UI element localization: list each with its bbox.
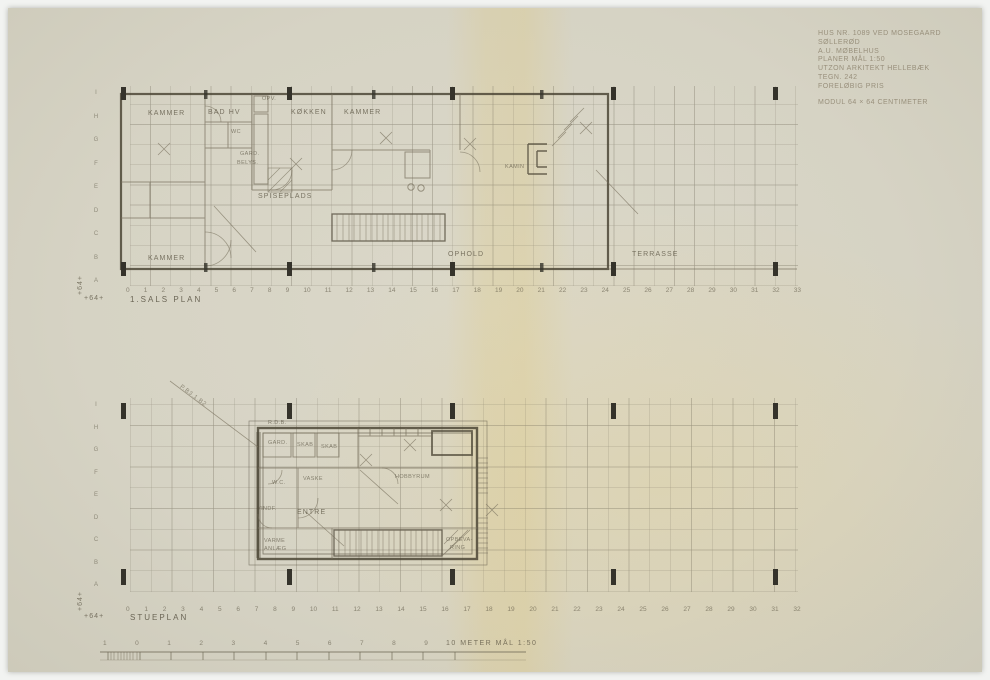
room-label-gard-lower: GARD. (268, 440, 287, 446)
row-letter: H (94, 114, 98, 120)
col-number: 22 (559, 287, 566, 294)
col-number: 8 (268, 287, 272, 294)
lower-datum: +64+ (84, 613, 104, 620)
room-label-terrasse: TERRASSE (632, 251, 679, 258)
col-number: 8 (273, 606, 277, 613)
title-block: HUS NR. 1089 VED MOSEGAARDSØLLERØDA.U. M… (818, 30, 983, 92)
col-number: 19 (495, 287, 502, 294)
upper-col-numbers: 0123456789101112131415161718192021222324… (126, 287, 801, 294)
upper-plan-title: 1.SALS PLAN (130, 295, 202, 304)
scale-number: 9 (424, 640, 428, 647)
row-letter: B (94, 255, 98, 261)
upper-plan-partitions (121, 94, 797, 269)
upper-datum: +64+ (84, 295, 104, 302)
col-number: 17 (463, 606, 470, 613)
row-letter: D (94, 208, 98, 214)
lower-plan-stair-treads (339, 530, 470, 556)
scanned-drawing-sheet: HUS NR. 1089 VED MOSEGAARDSØLLERØDA.U. M… (0, 0, 990, 680)
col-number: 0 (126, 287, 130, 294)
scale-number: 8 (392, 640, 396, 647)
col-number: 5 (215, 287, 219, 294)
col-number: 15 (410, 287, 417, 294)
scale-number: 5 (296, 640, 300, 647)
title-block-line: TEGN. 242 (818, 74, 983, 83)
col-number: 28 (687, 287, 694, 294)
col-number: 1 (144, 606, 148, 613)
col-number: 1 (144, 287, 148, 294)
upper-plan-door-swings (205, 106, 480, 266)
room-label-kamin: KAMIN (505, 164, 524, 170)
room-label-kokken: KØKKEN (291, 109, 327, 116)
lower-plan-symbols (170, 381, 498, 553)
room-label-ophold: OPHOLD (448, 251, 484, 258)
room-label-skab-1: SKAB (297, 442, 313, 448)
room-label-opv: OPV. (262, 96, 276, 102)
title-block-line: HUS NR. 1089 VED MOSEGAARD (818, 30, 983, 39)
col-number: 11 (332, 606, 339, 613)
row-letter: H (94, 425, 98, 431)
row-letter: F (94, 470, 98, 476)
col-number: 21 (551, 606, 558, 613)
col-number: 26 (661, 606, 668, 613)
room-label-opbev-1: OPBEVA- (446, 537, 473, 543)
col-number: 2 (161, 287, 165, 294)
title-block-line: SØLLERØD (818, 39, 983, 48)
col-number: 14 (388, 287, 395, 294)
room-label-hobby: HOBBYRUM (395, 474, 430, 480)
row-letter: C (94, 537, 98, 543)
scale-ruler-linework (100, 652, 526, 660)
col-number: 30 (749, 606, 756, 613)
row-letter: A (94, 582, 98, 588)
room-label-wc-lower: W.C. (272, 480, 286, 486)
col-number: 13 (375, 606, 382, 613)
col-number: 25 (623, 287, 630, 294)
row-letter: G (94, 137, 99, 143)
room-label-gard: GARD. (240, 151, 259, 157)
lower-col-numbers: 0123456789101112131415161718192021222324… (126, 606, 801, 613)
col-number: 10 (310, 606, 317, 613)
col-number: 31 (751, 287, 758, 294)
room-label-entre: ENTRE (297, 509, 326, 516)
row-letter: I (95, 90, 97, 96)
scale-number: 7 (360, 640, 364, 647)
module-note: MODUL 64 × 64 CENTIMETER (818, 99, 928, 106)
col-number: 32 (793, 606, 800, 613)
scale-number: 1 (167, 640, 171, 647)
col-number: 7 (250, 287, 254, 294)
col-number: 30 (730, 287, 737, 294)
col-number: 14 (397, 606, 404, 613)
col-number: 4 (197, 287, 201, 294)
col-number: 26 (644, 287, 651, 294)
col-number: 4 (200, 606, 204, 613)
col-number: 25 (639, 606, 646, 613)
room-label-varme-1: VARME (264, 538, 285, 544)
room-label-kammer-sw: KAMMER (148, 255, 185, 262)
room-label-vindf: VINDF. (257, 506, 277, 512)
col-number: 22 (573, 606, 580, 613)
col-number: 16 (431, 287, 438, 294)
room-label-belys: BELYS. (237, 160, 258, 166)
col-number: 27 (666, 287, 673, 294)
col-number: 18 (474, 287, 481, 294)
col-number: 9 (286, 287, 290, 294)
col-number: 32 (772, 287, 779, 294)
title-block-line: UTZON ARKITEKT HELLEBÆK (818, 65, 983, 74)
room-label-rdb: R.D.B. (268, 420, 287, 426)
room-label-kammer-mid: KAMMER (344, 109, 381, 116)
row-letter: B (94, 560, 98, 566)
col-number: 24 (617, 606, 624, 613)
room-label-spiseplads: SPISEPLADS (258, 193, 313, 200)
col-number: 27 (683, 606, 690, 613)
col-number: 24 (602, 287, 609, 294)
row-letter: A (94, 278, 98, 284)
room-label-opbev-2: RING (450, 545, 465, 551)
lower-row-letters: IHGFEDCBA (90, 402, 102, 588)
row-letter: D (94, 515, 98, 521)
upper-plan-symbols (158, 108, 638, 252)
lower-datum-vertical: +64+ (77, 591, 84, 611)
scale-bar-label: 10 METER MÅL 1:50 (446, 640, 537, 647)
col-number: 23 (580, 287, 587, 294)
row-letter: I (95, 402, 97, 408)
row-letter: E (94, 184, 98, 190)
upper-datum-vertical: +64+ (77, 275, 84, 295)
room-label-vaske: VASKE (303, 476, 323, 482)
col-number: 3 (179, 287, 183, 294)
scale-bar-numbers: 10123456789 (103, 640, 428, 647)
scale-number: 6 (328, 640, 332, 647)
col-number: 17 (452, 287, 459, 294)
col-number: 2 (163, 606, 167, 613)
scale-number: 3 (232, 640, 236, 647)
col-number: 31 (771, 606, 778, 613)
col-number: 29 (708, 287, 715, 294)
col-number: 13 (367, 287, 374, 294)
col-number: 0 (126, 606, 130, 613)
title-block-line: FORELØBIG PRIS (818, 83, 983, 92)
title-block-line: PLANER MÅL 1:50 (818, 56, 983, 65)
col-number: 28 (705, 606, 712, 613)
col-number: 16 (441, 606, 448, 613)
col-number: 6 (232, 287, 236, 294)
col-number: 12 (353, 606, 360, 613)
row-letter: E (94, 492, 98, 498)
row-letter: F (94, 161, 98, 167)
col-number: 15 (419, 606, 426, 613)
col-number: 7 (255, 606, 259, 613)
scale-number: 1 (103, 640, 107, 647)
col-number: 20 (516, 287, 523, 294)
col-number: 3 (181, 606, 185, 613)
scale-number: 2 (199, 640, 203, 647)
lower-plan-partitions (258, 428, 477, 559)
upper-row-letters: IHGFEDCBA (90, 90, 102, 284)
row-letter: C (94, 231, 98, 237)
scale-number: 0 (135, 640, 139, 647)
col-number: 33 (794, 287, 801, 294)
col-number: 11 (325, 287, 332, 294)
room-label-kammer-nw: KAMMER (148, 110, 185, 117)
lower-plan-door-swings (258, 468, 398, 528)
scale-number: 4 (264, 640, 268, 647)
col-number: 12 (346, 287, 353, 294)
room-label-wc: WC (231, 129, 241, 135)
col-number: 29 (727, 606, 734, 613)
col-number: 10 (303, 287, 310, 294)
upper-plan-stair-treads (337, 214, 440, 241)
lower-plan-title: STUEPLAN (130, 613, 188, 622)
room-label-bad: BAD HV (208, 109, 241, 116)
col-number: 20 (529, 606, 536, 613)
col-number: 5 (218, 606, 222, 613)
col-number: 23 (595, 606, 602, 613)
room-label-varme-2: ANLÆG (264, 546, 286, 552)
col-number: 21 (538, 287, 545, 294)
col-number: 9 (292, 606, 296, 613)
col-number: 19 (507, 606, 514, 613)
col-number: 18 (485, 606, 492, 613)
col-number: 6 (236, 606, 240, 613)
row-letter: G (94, 447, 99, 453)
room-label-skab-2: SKAB (321, 444, 337, 450)
